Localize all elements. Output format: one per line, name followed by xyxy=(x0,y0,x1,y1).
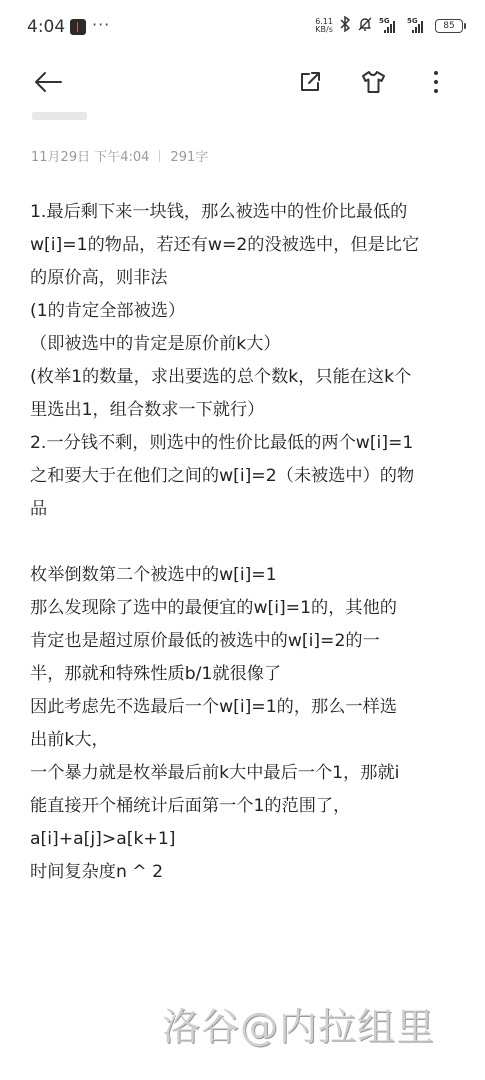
note-line: 半，那就和特殊性质b/1就很像了 xyxy=(30,658,460,691)
meta-divider xyxy=(159,150,160,162)
note-line: 肯定也是超过原价最低的被选中的w[i]=2的一 xyxy=(30,625,460,658)
note-line: (枚举1的数量，求出要选的总个数k，只能在这k个 xyxy=(30,361,460,394)
bluetooth-icon xyxy=(339,16,351,36)
note-line: 枚举倒数第二个被选中的w[i]=1 xyxy=(30,559,460,592)
note-blank-line xyxy=(30,526,460,559)
share-icon xyxy=(298,70,322,94)
word-count: 291字 xyxy=(170,146,208,165)
note-line: 出前k大， xyxy=(30,724,460,757)
tshirt-icon xyxy=(360,70,386,94)
back-button[interactable] xyxy=(30,64,66,100)
note-line: 因此考虑先不选最后一个w[i]=1的，那么一样选 xyxy=(30,691,460,724)
note-line: 的原价高，则非法 xyxy=(30,262,460,295)
note-line: 一个暴力就是枚举最后前k大中最后一个1，那就i xyxy=(30,757,460,790)
more-notifications-icon: ··· xyxy=(92,15,110,34)
note-line: 2.一分钱不剩，则选中的性价比最低的两个w[i]=1 xyxy=(30,427,460,460)
note-line: (1的肯定全部被选） xyxy=(30,295,460,328)
note-meta: 11月29日 下午4:04 291字 xyxy=(31,146,208,165)
watermark: 洛谷@内拉组里 xyxy=(162,996,435,1051)
note-line: 1.最后剩下来一块钱，那么被选中的性价比最低的 xyxy=(30,196,460,229)
arrow-left-icon xyxy=(33,70,63,94)
signal-sim2-icon: 5G xyxy=(407,18,429,34)
battery-indicator: 85 xyxy=(435,19,463,33)
note-line: 时间复杂度n ^ 2 xyxy=(30,856,460,889)
signal-sim1-icon: 5G xyxy=(379,18,401,34)
note-line: 里选出1，组合数求一下就行） xyxy=(30,394,460,427)
note-line: 之和要大于在他们之间的w[i]=2（未被选中）的物 xyxy=(30,460,460,493)
note-date: 11月29日 下午4:04 xyxy=(31,146,149,165)
scrolled-title-remnant xyxy=(32,112,87,120)
note-toolbar xyxy=(0,60,485,104)
more-menu-button[interactable] xyxy=(418,64,454,100)
note-line: 品 xyxy=(30,493,460,526)
theme-button[interactable] xyxy=(355,64,391,100)
note-line: 那么发现除了选中的最便宜的w[i]=1的，其他的 xyxy=(30,592,460,625)
status-bar: 4:04 ··· 6.11 KB/s 5G 5G 85 xyxy=(0,0,485,56)
recorder-app-icon xyxy=(70,19,86,35)
note-line: 能直接开个桶统计后面第一个1的范围了， xyxy=(30,790,460,823)
more-vertical-icon xyxy=(433,70,439,94)
status-time: 4:04 xyxy=(27,17,65,37)
bell-off-icon xyxy=(357,16,373,36)
note-body[interactable]: 1.最后剩下来一块钱，那么被选中的性价比最低的 w[i]=1的物品，若还有w=2… xyxy=(30,196,460,889)
note-line: （即被选中的肯定是原价前k大） xyxy=(30,328,460,361)
share-button[interactable] xyxy=(292,64,328,100)
note-line: w[i]=1的物品，若还有w=2的没被选中，但是比它 xyxy=(30,229,460,262)
network-speed: 6.11 KB/s xyxy=(315,18,333,34)
note-line: a[i]+a[j]>a[k+1] xyxy=(30,823,460,856)
